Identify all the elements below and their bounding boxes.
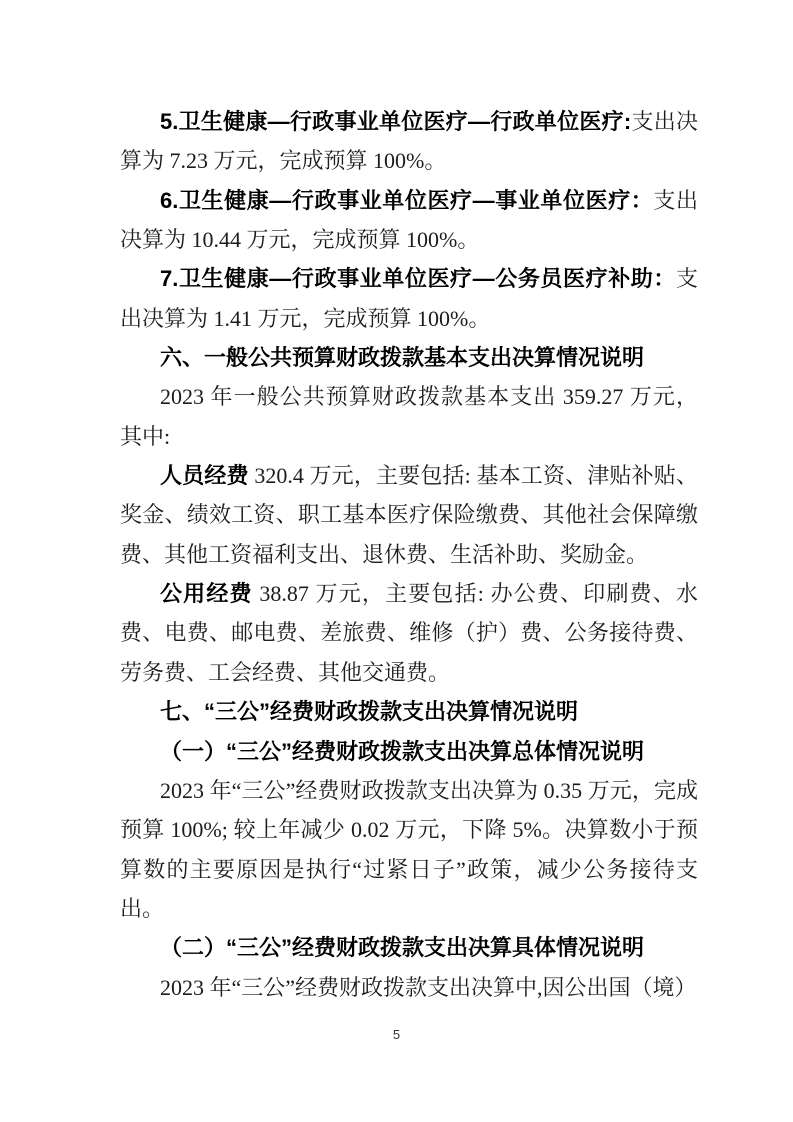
emphasis-text-run: （一）“三公”经费财政拨款支出决算总体情况说明 (160, 739, 644, 764)
emphasis-text-run: （二）“三公”经费财政拨款支出决算具体情况说明 (160, 935, 644, 960)
text-run: 2023 年“三公”经费财政拨款支出决算中,因公出国（境） (160, 975, 697, 1000)
paragraph: 公用经费 38.87 万元，主要包括: 办公费、印刷费、水费、电费、邮电费、差旅… (120, 574, 698, 692)
page-number: 5 (393, 1027, 400, 1042)
document-content: 5.卫生健康—行政事业单位医疗—行政单位医疗:支出决算为 7.23 万元，完成预… (120, 102, 698, 1007)
section-heading: 六、一般公共预算财政拨款基本支出决算情况说明 (120, 338, 698, 377)
paragraph: 人员经费 320.4 万元，主要包括: 基本工资、津贴补贴、奖金、绩效工资、职工… (120, 456, 698, 574)
paragraph: 2023 年一般公共预算财政拨款基本支出 359.27 万元，其中: (120, 377, 698, 456)
emphasis-text-run: 人员经费 (160, 463, 249, 488)
emphasis-text-run: 7.卫生健康—行政事业单位医疗—公务员医疗补助： (160, 266, 676, 291)
paragraph: 7.卫生健康—行政事业单位医疗—公务员医疗补助：支出决算为 1.41 万元，完成… (120, 259, 698, 338)
paragraph: 2023 年“三公”经费财政拨款支出决算中,因公出国（境） (120, 968, 698, 1007)
section-heading: （一）“三公”经费财政拨款支出决算总体情况说明 (120, 732, 698, 771)
text-run: 2023 年一般公共预算财政拨款基本支出 359.27 万元，其中: (120, 384, 698, 448)
emphasis-text-run: 六、一般公共预算财政拨款基本支出决算情况说明 (160, 345, 644, 370)
paragraph: 5.卫生健康—行政事业单位医疗—行政单位医疗:支出决算为 7.23 万元，完成预… (120, 102, 698, 181)
paragraph: 6.卫生健康—行政事业单位医疗—事业单位医疗：支出决算为 10.44 万元，完成… (120, 181, 698, 260)
emphasis-text-run: 6.卫生健康—行政事业单位医疗—事业单位医疗： (160, 188, 653, 213)
page-footer: 5 (0, 1026, 793, 1044)
emphasis-text-run: 5.卫生健康—行政事业单位医疗—行政单位医疗: (160, 109, 631, 134)
emphasis-text-run: 七、“三公”经费财政拨款支出决算情况说明 (160, 699, 578, 724)
section-heading: 七、“三公”经费财政拨款支出决算情况说明 (120, 692, 698, 731)
text-run: 2023 年“三公”经费财政拨款支出决算为 0.35 万元，完成预算 100%;… (120, 778, 698, 921)
emphasis-text-run: 公用经费 (160, 581, 253, 606)
document-page: 5.卫生健康—行政事业单位医疗—行政单位医疗:支出决算为 7.23 万元，完成预… (0, 0, 793, 1122)
section-heading: （二）“三公”经费财政拨款支出决算具体情况说明 (120, 928, 698, 967)
paragraph: 2023 年“三公”经费财政拨款支出决算为 0.35 万元，完成预算 100%;… (120, 771, 698, 928)
